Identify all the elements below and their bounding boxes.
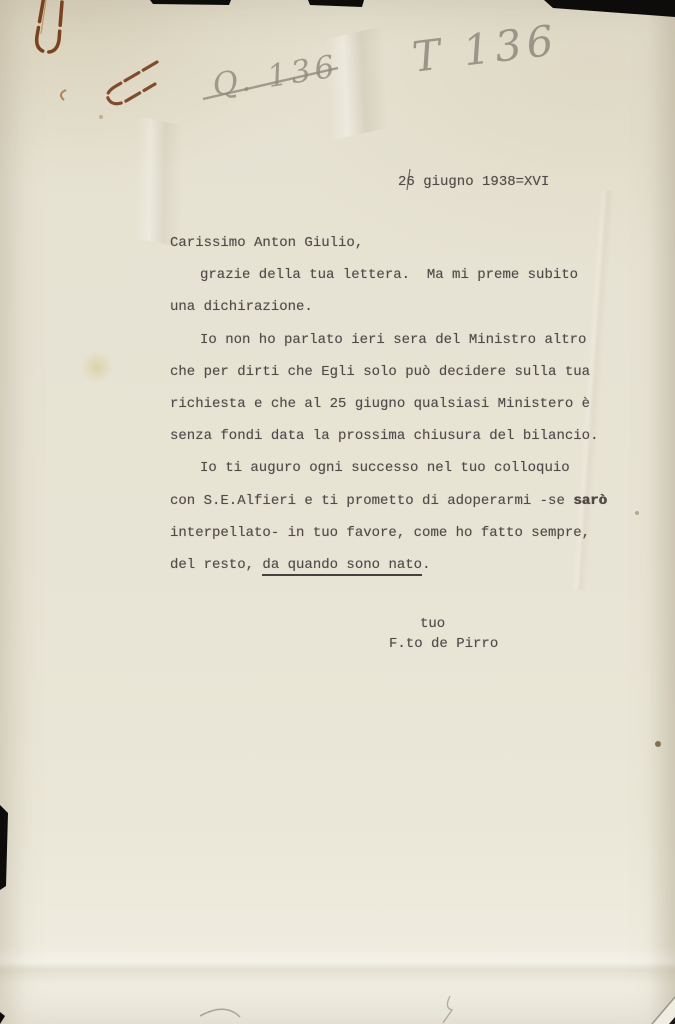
scanned-letter-canvas: Q. 136 T 136 26 giugno 1938=XVI Carissim… <box>0 0 675 1024</box>
letter-line: una dichirazione. <box>170 299 607 331</box>
paper-crease <box>124 0 575 183</box>
letter-text: del resto, <box>170 557 262 573</box>
letter-line: Io non ho parlato ieri sera del Ministro… <box>170 332 607 364</box>
letter-text: con S.E.Alfieri e ti prometto di adopera… <box>170 493 573 509</box>
underlined-phrase: da quando sono nato <box>262 557 422 576</box>
letter-signature: F.to de Pirro <box>389 636 498 656</box>
letter-date: 26 giugno 1938=XVI <box>398 174 549 190</box>
letter-line: del resto, da quando sono nato. <box>170 557 607 589</box>
letter-line: Io ti auguro ogni successo nel tuo collo… <box>170 460 607 492</box>
letter-body: Carissimo Anton Giulio, grazie della tua… <box>170 235 607 621</box>
letter-text: . <box>422 557 430 573</box>
overstruck-word: sarò <box>573 493 607 509</box>
paper-stain <box>80 350 114 384</box>
letter-line: con S.E.Alfieri e ti prometto di adopera… <box>170 493 607 525</box>
letter-line: interpellato- in tuo favore, come ho fat… <box>170 525 607 557</box>
signature-block: tuo F.to de Pirro <box>389 616 498 655</box>
letter-line: senza fondi data la prossima chiusura de… <box>170 428 607 460</box>
letter-line: che per dirti che Egli solo può decidere… <box>170 364 607 396</box>
paper-crease <box>0 925 675 995</box>
letter-salutation: Carissimo Anton Giulio, <box>170 235 607 267</box>
letter-signoff: tuo <box>389 616 498 636</box>
letter-line: richiesta e che al 25 giugno qualsiasi M… <box>170 396 607 428</box>
letter-line: grazie della tua lettera. Ma mi preme su… <box>170 267 607 299</box>
